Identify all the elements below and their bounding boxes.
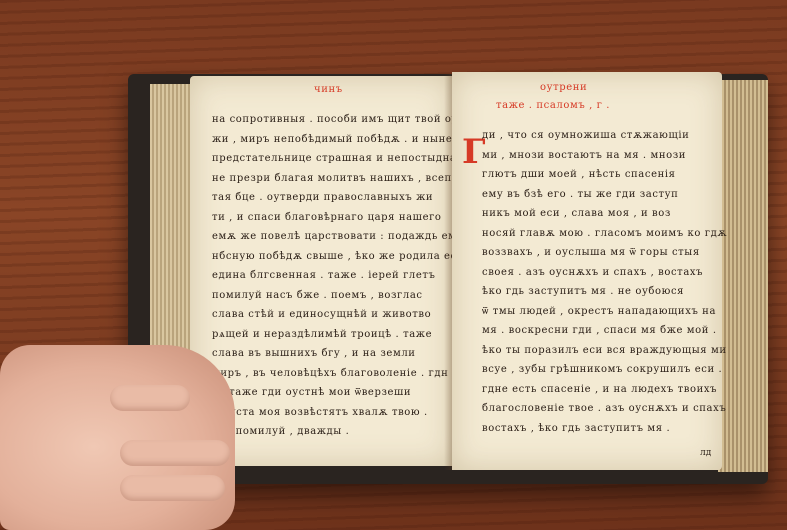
left-page-text: на сопротивныя . пособи имъ щит твой оуж… [212, 110, 467, 442]
text-line: и оуста моя возвѣстятъ хвалѫ твою . [212, 403, 467, 423]
text-line: на сопротивныя . пособи имъ щит твой оу [212, 110, 467, 130]
text-line: тая бце . оутверди православныхъ жи [212, 188, 467, 208]
text-line: ди , что ся оумножиша стѫжающіи [482, 126, 727, 146]
text-line: едина блгсвенная . таже . іерей глетъ [212, 266, 467, 286]
text-line: нбсную побѣдѫ свыше , ѣко же родила еси [212, 247, 467, 267]
text-line: не презри благая молитвъ нашихъ , всепѣ [212, 169, 467, 189]
text-line: гди помилуй , дважды . [212, 422, 467, 442]
finger [110, 385, 190, 411]
right-page-text: ди , что ся оумножиша стѫжающіими , мноз… [482, 126, 727, 438]
text-line: никъ мой еси , слава моя , и воз [482, 204, 727, 224]
text-line: миръ , въ человѣцѣхъ благоволеніе . гдн … [212, 364, 467, 384]
right-page-header: оутрени [540, 82, 587, 93]
text-line: воззвахъ , и оуслыша мя ѿ горы стыя [482, 243, 727, 263]
page-number: лд [700, 448, 711, 458]
hand [0, 345, 235, 530]
text-line: слава въ вышнихъ бгу , и на земли [212, 344, 467, 364]
text-line: ѣко гдь заступитъ мя . не оубоюся [482, 282, 727, 302]
text-line: носяй главѫ мою . гласомъ моимъ ко гдѫ [482, 224, 727, 244]
finger [120, 440, 230, 466]
text-line: ѿ тмы людей , окрестъ нападающихъ на [482, 302, 727, 322]
text-line: емѫ же повелѣ царствовати : подаждь ему [212, 227, 467, 247]
right-page-subheader: таже . псаломъ , г . [496, 100, 610, 111]
text-line: всуе , зубы грѣшникомъ сокрушилъ еси . [482, 360, 727, 380]
text-line: глютъ дши моей , нѣсть спасенія [482, 165, 727, 185]
text-line: слава стѣй и единосущнѣй и животво [212, 305, 467, 325]
text-line: рѧщей и нераздѣлимѣй троицѣ . таже [212, 325, 467, 345]
text-line: востахъ , ѣко гдь заступитъ мя . [482, 419, 727, 439]
text-line: ѣко ты поразилъ еси вся враждующыя ми [482, 341, 727, 361]
text-line: жи , миръ непобѣдимый побѣдѫ . и ныне [212, 130, 467, 150]
text-line: помилуй насъ бже . поемъ , возглас [212, 286, 467, 306]
text-line: своея . азъ оуснѫхъ и спахъ , востахъ [482, 263, 727, 283]
text-line: благословеніе твое . азъ оуснѫхъ и спахъ [482, 399, 727, 419]
left-page-header: чинъ [314, 84, 343, 95]
text-line: ми , мнози востаютъ на мя . мнози [482, 146, 727, 166]
text-line: ему въ бзѣ его . ты же гди заступ [482, 185, 727, 205]
text-line: гдне есть спасеніе , и на людехъ твоихъ [482, 380, 727, 400]
text-line: предстательнице страшная и непостыдная. [212, 149, 467, 169]
text-line: ти , и спаси благовѣрнаго царя нашего [212, 208, 467, 228]
finger [120, 475, 225, 501]
text-line: г . таже гди оустнѣ мои ѿверзеши [212, 383, 467, 403]
text-line: мя . воскресни гди , спаси мя бже мой . [482, 321, 727, 341]
right-page: оутрени таже . псаломъ , г . Г ди , что … [452, 72, 722, 470]
